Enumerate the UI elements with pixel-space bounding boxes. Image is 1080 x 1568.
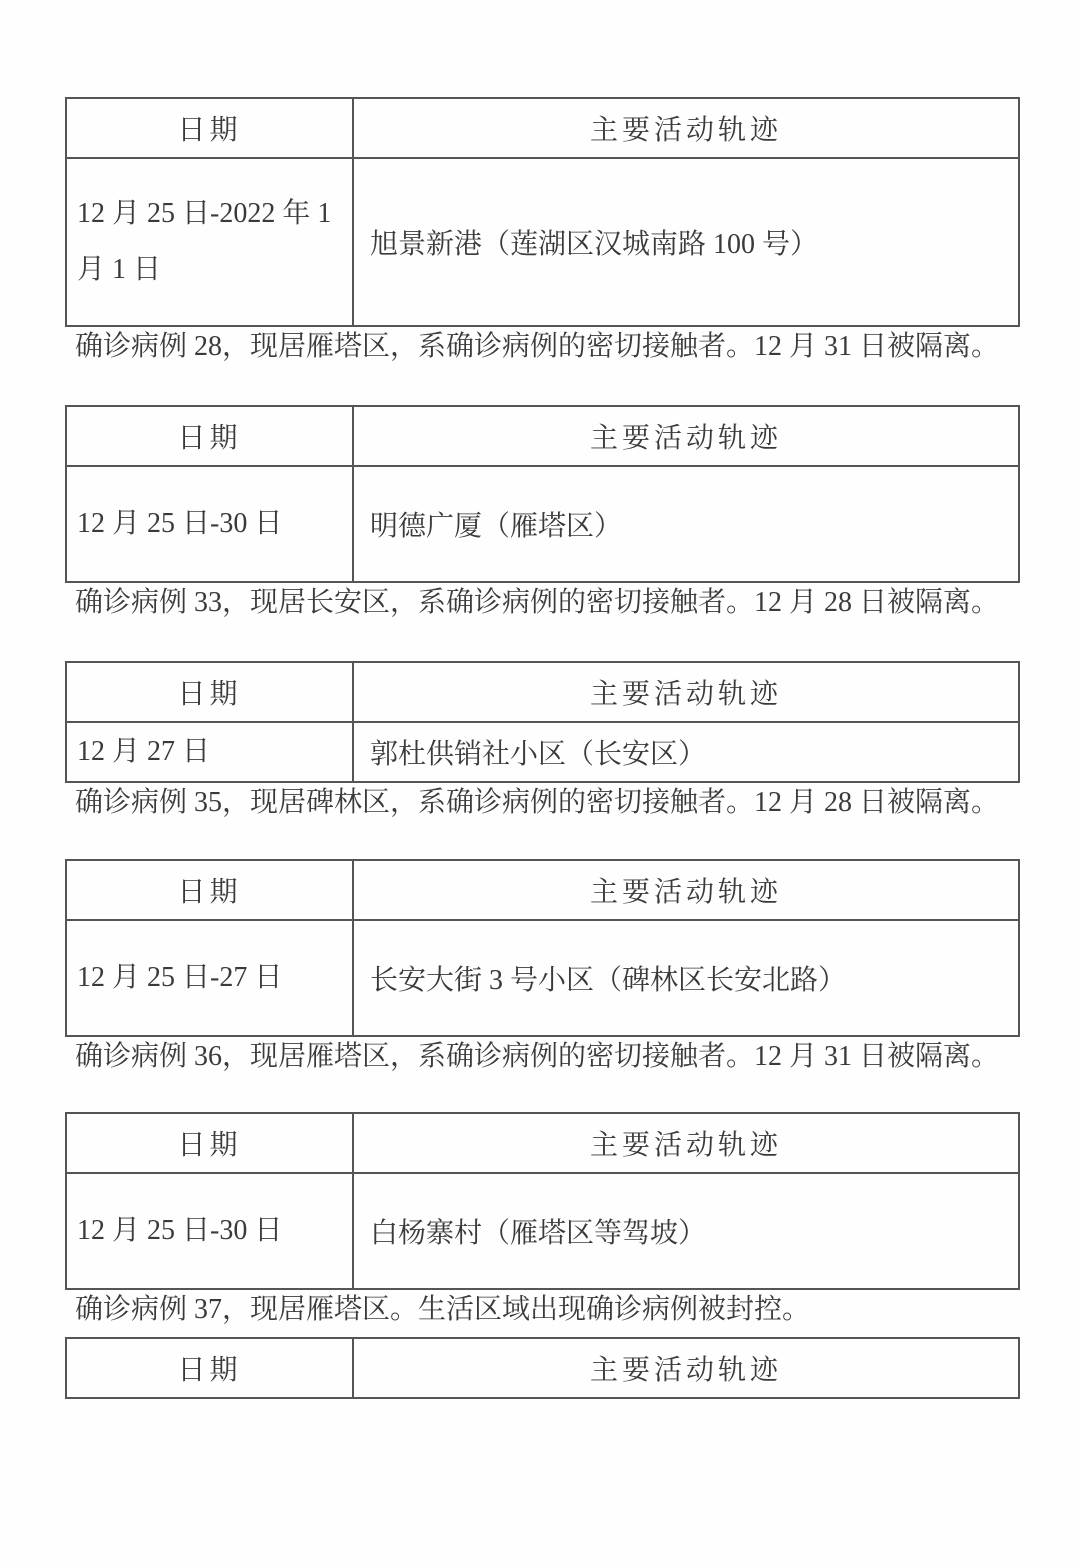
table-header-track: 主要活动轨迹: [353, 1113, 1019, 1173]
date-cell: 12 月 27 日: [66, 722, 353, 782]
table-row: 12 月 27 日 郭杜供销社小区（长安区）: [66, 722, 1019, 782]
activity-table-4: 日期 主要活动轨迹 12 月 25 日-27 日 长安大街 3 号小区（碑林区长…: [65, 859, 1020, 1037]
case-summary-36: 确诊病例 36，现居雁塔区，系确诊病例的密切接触者。12 月 31 日被隔离。: [75, 1037, 1080, 1077]
table-header-date: 日期: [66, 1113, 353, 1173]
document-page: 日期 主要活动轨迹 12 月 25 日-2022 年 1 月 1 日 旭景新港（…: [0, 0, 1080, 1568]
table-header-track: 主要活动轨迹: [353, 860, 1019, 920]
date-cell: 12 月 25 日-30 日: [66, 466, 353, 582]
activity-table-5: 日期 主要活动轨迹 12 月 25 日-30 日 白杨寨村（雁塔区等驾坡）: [65, 1112, 1020, 1290]
table-header-track: 主要活动轨迹: [353, 406, 1019, 466]
table-header-row: 日期 主要活动轨迹: [66, 1338, 1019, 1398]
table-header-date: 日期: [66, 98, 353, 158]
table-header-date: 日期: [66, 406, 353, 466]
activity-table-6: 日期 主要活动轨迹: [65, 1337, 1020, 1399]
table-header-row: 日期 主要活动轨迹: [66, 406, 1019, 466]
date-cell: 12 月 25 日-27 日: [66, 920, 353, 1036]
track-cell: 旭景新港（莲湖区汉城南路 100 号）: [353, 158, 1019, 326]
case-summary-37: 确诊病例 37，现居雁塔区。生活区域出现确诊病例被封控。: [75, 1290, 1080, 1330]
activity-table-1: 日期 主要活动轨迹 12 月 25 日-2022 年 1 月 1 日 旭景新港（…: [65, 97, 1020, 327]
table-header-track: 主要活动轨迹: [353, 1338, 1019, 1398]
activity-table-3: 日期 主要活动轨迹 12 月 27 日 郭杜供销社小区（长安区）: [65, 661, 1020, 783]
table-header-row: 日期 主要活动轨迹: [66, 1113, 1019, 1173]
table-header-track: 主要活动轨迹: [353, 662, 1019, 722]
case-summary-28: 确诊病例 28，现居雁塔区，系确诊病例的密切接触者。12 月 31 日被隔离。: [75, 327, 1080, 367]
track-cell: 明德广厦（雁塔区）: [353, 466, 1019, 582]
case-summary-33: 确诊病例 33，现居长安区，系确诊病例的密切接触者。12 月 28 日被隔离。: [75, 583, 1080, 623]
table-header-row: 日期 主要活动轨迹: [66, 98, 1019, 158]
track-cell: 白杨寨村（雁塔区等驾坡）: [353, 1173, 1019, 1289]
activity-table-2: 日期 主要活动轨迹 12 月 25 日-30 日 明德广厦（雁塔区）: [65, 405, 1020, 583]
date-cell: 12 月 25 日-2022 年 1 月 1 日: [66, 158, 353, 326]
table-header-track: 主要活动轨迹: [353, 98, 1019, 158]
table-header-date: 日期: [66, 860, 353, 920]
table-header-date: 日期: [66, 662, 353, 722]
date-cell: 12 月 25 日-30 日: [66, 1173, 353, 1289]
table-row: 12 月 25 日-30 日 明德广厦（雁塔区）: [66, 466, 1019, 582]
table-header-date: 日期: [66, 1338, 353, 1398]
table-row: 12 月 25 日-2022 年 1 月 1 日 旭景新港（莲湖区汉城南路 10…: [66, 158, 1019, 326]
track-cell: 郭杜供销社小区（长安区）: [353, 722, 1019, 782]
table-row: 12 月 25 日-27 日 长安大街 3 号小区（碑林区长安北路）: [66, 920, 1019, 1036]
case-summary-35: 确诊病例 35，现居碑林区，系确诊病例的密切接触者。12 月 28 日被隔离。: [75, 783, 1080, 823]
track-cell: 长安大街 3 号小区（碑林区长安北路）: [353, 920, 1019, 1036]
table-header-row: 日期 主要活动轨迹: [66, 860, 1019, 920]
table-header-row: 日期 主要活动轨迹: [66, 662, 1019, 722]
table-row: 12 月 25 日-30 日 白杨寨村（雁塔区等驾坡）: [66, 1173, 1019, 1289]
